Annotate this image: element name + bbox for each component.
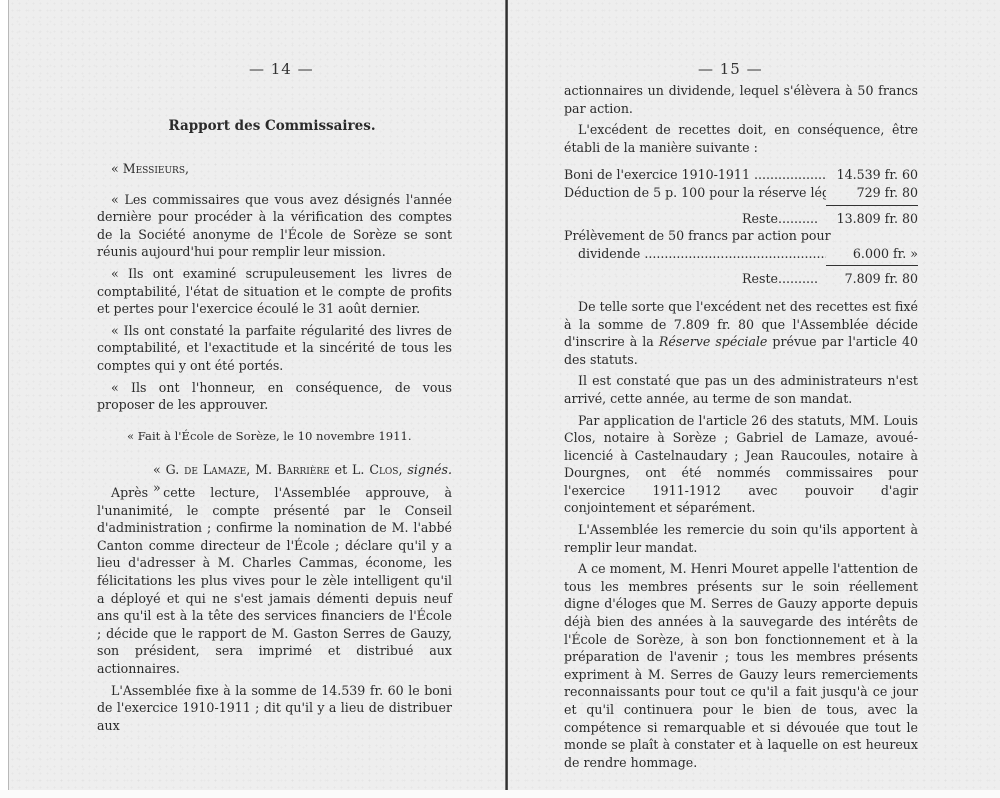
paragraph: Par application de l'article 26 des stat… xyxy=(564,412,918,518)
paragraph: « Ils ont examiné scrupuleusement les li… xyxy=(97,265,452,318)
paragraph: L'excédent de recettes doit, en conséque… xyxy=(564,121,918,156)
paragraph: Il est constaté que pas un des administr… xyxy=(564,372,918,407)
ledger-row: dividende ..............................… xyxy=(564,245,918,263)
ledger-rule xyxy=(826,265,918,266)
ledger-row: Prélèvement de 50 francs par action pour xyxy=(564,227,918,245)
accounts-ledger: Boni de l'exercice 1910-1911 ...........… xyxy=(564,166,918,288)
ledger-row: Boni de l'exercice 1910-1911 ...........… xyxy=(564,166,918,184)
scan-margin xyxy=(0,790,1000,798)
ledger-row: Déduction de 5 p. 100 pour la réserve lé… xyxy=(564,184,918,202)
page-number: — 14 — xyxy=(249,60,314,78)
paragraph: Après cette lecture, l'Assemblée approuv… xyxy=(97,484,452,678)
ledger-total: Reste.......... 7.809 fr. 80 xyxy=(564,270,918,288)
minutes-text: Après cette lecture, l'Assemblée approuv… xyxy=(97,484,452,734)
minutes-text: actionnaires un dividende, lequel s'élèv… xyxy=(564,82,918,771)
paragraph: « Ils ont constaté la parfaite régularit… xyxy=(97,322,452,375)
report-text: « Messieurs, « Les commissaires que vous… xyxy=(97,160,452,497)
paragraph: « Ils ont l'honneur, en conséquence, de … xyxy=(97,379,452,414)
page-number: — 15 — xyxy=(698,60,763,78)
paragraph: « Les commissaires que vous avez désigné… xyxy=(97,191,452,261)
paragraph: L'Assemblée les remercie du soin qu'ils … xyxy=(564,521,918,556)
ledger-subtotal: Reste.......... 13.809 fr. 80 xyxy=(564,210,918,228)
page-right: — 15 — actionnaires un dividende, lequel… xyxy=(508,0,1000,790)
page-left: — 14 — Rapport des Commissaires. « Messi… xyxy=(8,0,507,790)
paragraph: A ce moment, M. Henri Mouret appelle l'a… xyxy=(564,560,918,771)
salutation: « Messieurs, xyxy=(97,160,452,178)
ledger-rule xyxy=(826,205,918,206)
paragraph: actionnaires un dividende, lequel s'élèv… xyxy=(564,82,918,117)
dateline: « Fait à l'École de Sorèze, le 10 novemb… xyxy=(127,428,452,446)
section-title: Rapport des Commissaires. xyxy=(107,118,437,134)
paragraph: De telle sorte que l'excédent net des re… xyxy=(564,298,918,368)
paragraph: L'Assemblée fixe à la somme de 14.539 fr… xyxy=(97,682,452,735)
book-spread: — 14 — Rapport des Commissaires. « Messi… xyxy=(0,0,1000,790)
